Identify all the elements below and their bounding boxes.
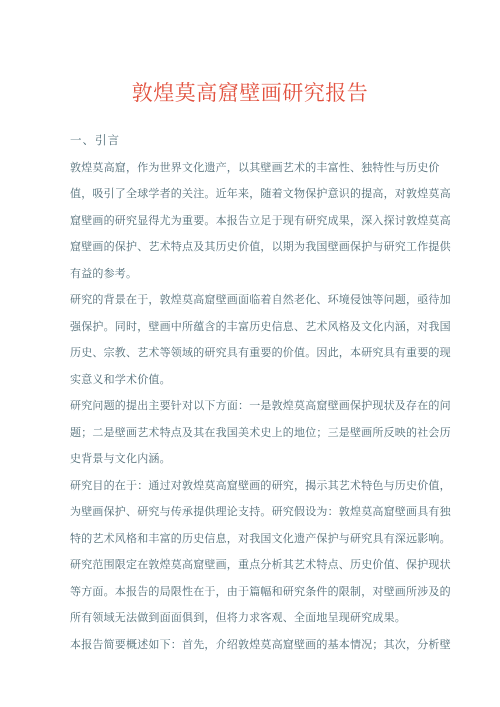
document-body: 一、引言 敦煌莫高窟，作为世界文化遗产，以其壁画艺术的丰富性、独特性与历史价值，… (70, 128, 430, 658)
text-line: 强保护。同时，壁画中所蕴含的丰富历史信息、艺术风格及文化内涵，对我国 (70, 314, 430, 341)
text-line: 实意义和学术价值。 (70, 367, 430, 394)
text-line: 所有领域无法做到面面俱到，但将力求客观、全面地呈现研究成果。 (70, 605, 430, 632)
text-line: 特的艺术风格和丰富的历史信息，对我国文化遗产保护与研究具有深远影响。 (70, 526, 430, 553)
paragraphs-container: 敦煌莫高窟，作为世界文化遗产，以其壁画艺术的丰富性、独特性与历史价值，吸引了全球… (70, 155, 430, 659)
text-line: 为壁画保护、研究与传承提供理论支持。研究假设为：敦煌莫高窟壁画具有独 (70, 499, 430, 526)
report-page: 敦煌莫高窟壁画研究报告 一、引言 敦煌莫高窟，作为世界文化遗产，以其壁画艺术的丰… (0, 0, 500, 707)
text-line: 窟壁画的保护、艺术特点及其历史价值，以期为我国壁画保护与研究工作提供 (70, 234, 430, 261)
text-line: 研究问题的提出主要针对以下方面：一是敦煌莫高窟壁画保护现状及存在的问 (70, 393, 430, 420)
text-line: 研究范围限定在敦煌莫高窟壁画，重点分析其艺术特点、历史价值、保护现状 (70, 552, 430, 579)
text-line: 历史、宗教、艺术等领域的研究具有重要的价值。因此，本研究具有重要的现 (70, 340, 430, 367)
section-heading: 一、引言 (70, 128, 430, 155)
text-line: 史背景与文化内涵。 (70, 446, 430, 473)
text-line: 题；二是壁画艺术特点及其在我国美术史上的地位；三是壁画所反映的社会历 (70, 420, 430, 447)
report-title: 敦煌莫高窟壁画研究报告 (0, 0, 500, 108)
text-line: 本报告简要概述如下：首先，介绍敦煌莫高窟壁画的基本情况；其次，分析壁 (70, 632, 430, 659)
text-line: 值，吸引了全球学者的关注。近年来，随着文物保护意识的提高，对敦煌莫高 (70, 181, 430, 208)
text-line: 敦煌莫高窟，作为世界文化遗产，以其壁画艺术的丰富性、独特性与历史价 (70, 155, 430, 182)
text-line: 研究的背景在于，敦煌莫高窟壁画面临着自然老化、环境侵蚀等问题，亟待加 (70, 287, 430, 314)
text-line: 等方面。本报告的局限性在于，由于篇幅和研究条件的限制，对壁画所涉及的 (70, 579, 430, 606)
text-line: 研究目的在于：通过对敦煌莫高窟壁画的研究，揭示其艺术特色与历史价值， (70, 473, 430, 500)
text-line: 有益的参考。 (70, 261, 430, 288)
text-line: 窟壁画的研究显得尤为重要。本报告立足于现有研究成果，深入探讨敦煌莫高 (70, 208, 430, 235)
